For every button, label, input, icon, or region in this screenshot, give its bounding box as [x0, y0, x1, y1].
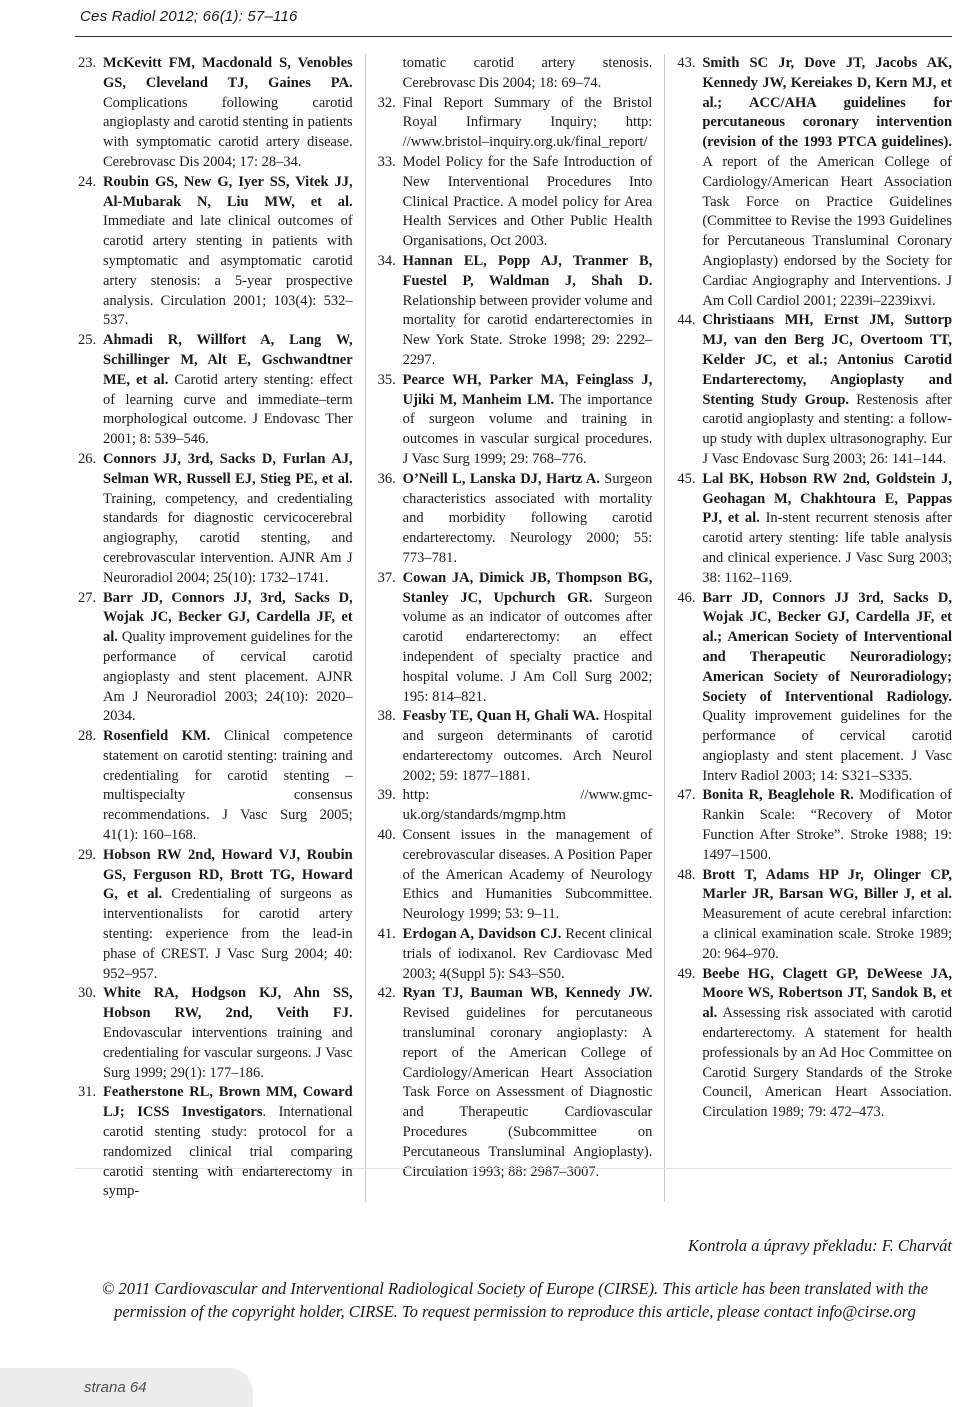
reference-number: 42. — [378, 984, 396, 1004]
reference-number: 24. — [78, 173, 96, 193]
reference-item: 42.Ryan TJ, Bauman WB, Kennedy JW. Revis… — [378, 984, 653, 1182]
reference-item: 26.Connors JJ, 3rd, Sacks D, Furlan AJ, … — [78, 450, 353, 589]
reference-number: 40. — [378, 826, 396, 846]
reference-authors: O’Neill L, Lanska DJ, Hartz A. — [403, 471, 600, 487]
references-column-2: tomatic carotid artery stenosis. Cerebro… — [365, 54, 665, 1202]
reference-number: 48. — [677, 866, 695, 886]
reference-item: 49.Beebe HG, Clagett GP, DeWeese JA, Moo… — [677, 965, 952, 1123]
reference-number: 45. — [677, 470, 695, 490]
references-section: 23.McKevitt FM, Macdonald S, Venobles GS… — [78, 54, 952, 1202]
references-end-rule — [75, 1168, 952, 1169]
reference-number: 43. — [677, 54, 695, 74]
reference-number: 28. — [78, 727, 96, 747]
reference-authors: Christiaans MH, Ernst JM, Suttorp MJ, va… — [702, 312, 952, 407]
references-column-1: 23.McKevitt FM, Macdonald S, Venobles GS… — [78, 54, 365, 1202]
journal-running-head: Ces Radiol 2012; 66(1): 57–116 — [80, 8, 298, 25]
reference-item: tomatic carotid artery stenosis. Cerebro… — [378, 54, 653, 94]
reference-item: 33.Model Policy for the Safe Introductio… — [378, 153, 653, 252]
reference-authors: Featherstone RL, Brown MM, Coward LJ; IC… — [103, 1084, 353, 1120]
reference-item: 37.Cowan JA, Dimick JB, Thompson BG, Sta… — [378, 569, 653, 708]
reference-item: 29.Hobson RW 2nd, Howard VJ, Roubin GS, … — [78, 846, 353, 985]
reference-authors: Brott T, Adams HP Jr, Olinger CP, Marler… — [702, 867, 952, 903]
reference-number: 33. — [378, 153, 396, 173]
reference-number: 27. — [78, 589, 96, 609]
reference-item: 36.O’Neill L, Lanska DJ, Hartz A. Surgeo… — [378, 470, 653, 569]
reference-number: 37. — [378, 569, 396, 589]
reference-number: 47. — [677, 786, 695, 806]
reference-number: 23. — [78, 54, 96, 74]
reference-item: 32.Final Report Summary of the Bristol R… — [378, 94, 653, 153]
reference-authors: Beebe HG, Clagett GP, DeWeese JA, Moore … — [702, 966, 952, 1022]
page-number-tab: strana 64 — [0, 1368, 253, 1407]
reference-authors: Roubin GS, New G, Iyer SS, Vitek JJ, Al-… — [103, 174, 353, 210]
reference-item: 30.White RA, Hodgson KJ, Ahn SS, Hobson … — [78, 984, 353, 1083]
reference-item: 28.Rosenfield KM. Clinical competence st… — [78, 727, 353, 846]
reference-item: 34.Hannan EL, Popp AJ, Tranmer B, Fueste… — [378, 252, 653, 371]
reference-number: 39. — [378, 786, 396, 806]
header-rule — [75, 36, 952, 37]
reference-number: 49. — [677, 965, 695, 985]
reference-number: 36. — [378, 470, 396, 490]
reference-number: 41. — [378, 925, 396, 945]
reference-item: 48.Brott T, Adams HP Jr, Olinger CP, Mar… — [677, 866, 952, 965]
reference-authors: Pearce WH, Parker MA, Feinglass J, Ujiki… — [403, 372, 653, 408]
copyright-note: © 2011 Cardiovascular and Interventional… — [70, 1277, 960, 1323]
reference-number: 46. — [677, 589, 695, 609]
reference-item: 39.http: //www.gmc-uk.org/standards/mgmp… — [378, 786, 653, 826]
reference-authors: Erdogan A, Davidson CJ. — [403, 926, 562, 942]
reference-authors: Cowan JA, Dimick JB, Thompson BG, Stanle… — [403, 570, 653, 606]
reference-item: 24.Roubin GS, New G, Iyer SS, Vitek JJ, … — [78, 173, 353, 331]
reference-item: 46.Barr JD, Connors JJ 3rd, Sacks D, Woj… — [677, 589, 952, 787]
reference-authors: Ryan TJ, Bauman WB, Kennedy JW. — [403, 985, 653, 1001]
reference-authors: McKevitt FM, Macdonald S, Venobles GS, C… — [103, 55, 353, 91]
reference-item: 43.Smith SC Jr, Dove JT, Jacobs AK, Kenn… — [677, 54, 952, 311]
reference-number: 38. — [378, 707, 396, 727]
reference-item: 31.Featherstone RL, Brown MM, Coward LJ;… — [78, 1083, 353, 1202]
reference-item: 44.Christiaans MH, Ernst JM, Suttorp MJ,… — [677, 311, 952, 469]
reference-number: 32. — [378, 94, 396, 114]
reference-number: 31. — [78, 1083, 96, 1103]
reference-item: 41.Erdogan A, Davidson CJ. Recent clinic… — [378, 925, 653, 984]
reference-item: 23.McKevitt FM, Macdonald S, Venobles GS… — [78, 54, 353, 173]
reference-item: 35.Pearce WH, Parker MA, Feinglass J, Uj… — [378, 371, 653, 470]
reference-item: 47.Bonita R, Beaglehole R. Modification … — [677, 786, 952, 865]
reference-authors: Ahmadi R, Willfort A, Lang W, Schillinge… — [103, 332, 353, 388]
reference-authors: Feasby TE, Quan H, Ghali WA. — [403, 708, 600, 724]
reference-number: 25. — [78, 331, 96, 351]
reference-authors: Bonita R, Beaglehole R. — [702, 787, 854, 803]
references-column-3: 43.Smith SC Jr, Dove JT, Jacobs AK, Kenn… — [664, 54, 952, 1202]
reference-number: 34. — [378, 252, 396, 272]
reference-item: 38.Feasby TE, Quan H, Ghali WA. Hospital… — [378, 707, 653, 786]
reference-authors: Hobson RW 2nd, Howard VJ, Roubin GS, Fer… — [103, 847, 353, 903]
reference-authors: Barr JD, Connors JJ 3rd, Sacks D, Wojak … — [702, 590, 952, 705]
reference-authors: Smith SC Jr, Dove JT, Jacobs AK, Kennedy… — [702, 55, 952, 150]
reference-item: 40.Consent issues in the management of c… — [378, 826, 653, 925]
reference-item: 27.Barr JD, Connors JJ, 3rd, Sacks D, Wo… — [78, 589, 353, 728]
reference-number: 44. — [677, 311, 695, 331]
reference-authors: Barr JD, Connors JJ, 3rd, Sacks D, Wojak… — [103, 590, 353, 646]
reference-item: 25.Ahmadi R, Willfort A, Lang W, Schilli… — [78, 331, 353, 450]
page-number-label: strana 64 — [0, 1379, 147, 1396]
reference-authors: White RA, Hodgson KJ, Ahn SS, Hobson RW,… — [103, 985, 353, 1021]
reference-authors: Connors JJ, 3rd, Sacks D, Furlan AJ, Sel… — [103, 451, 353, 487]
reference-number: 35. — [378, 371, 396, 391]
reference-authors: Rosenfield KM. — [103, 728, 210, 744]
reference-number: 30. — [78, 984, 96, 1004]
reference-item: 45.Lal BK, Hobson RW 2nd, Goldstein J, G… — [677, 470, 952, 589]
reference-authors: Lal BK, Hobson RW 2nd, Goldstein J, Geoh… — [702, 471, 952, 527]
translation-note: Kontrola a úpravy překladu: F. Charvát — [78, 1236, 952, 1256]
reference-number: 29. — [78, 846, 96, 866]
reference-authors: Hannan EL, Popp AJ, Tranmer B, Fuestel P… — [403, 253, 653, 289]
reference-number: 26. — [78, 450, 96, 470]
